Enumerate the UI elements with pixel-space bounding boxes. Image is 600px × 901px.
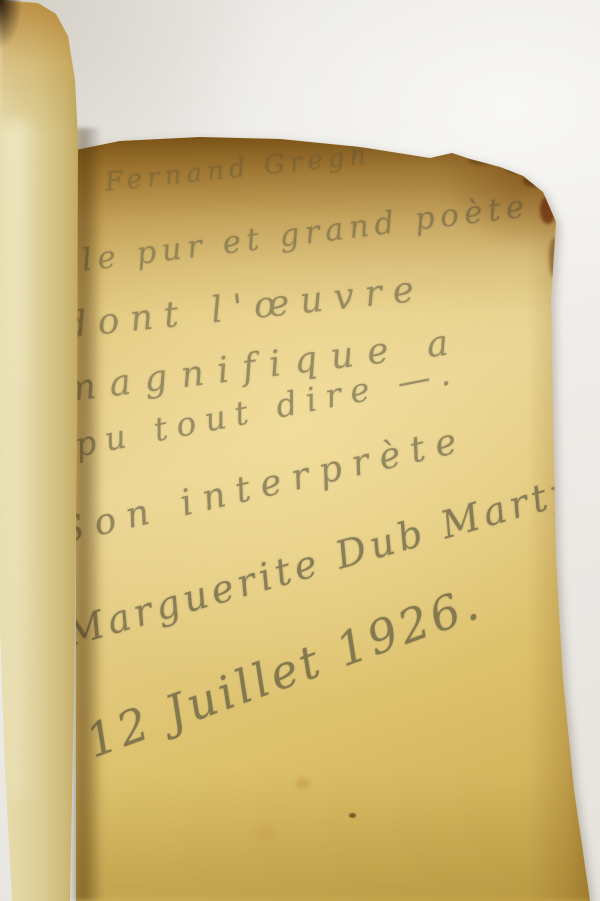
burn-spot: [540, 196, 556, 224]
book-photo: Fernand Gregh le pur et grand poète dont…: [0, 0, 600, 901]
curled-page: [0, 0, 82, 901]
inscription-line-dedicatee: Fernand Gregh: [103, 140, 373, 198]
burn-spot: [549, 238, 559, 278]
page-speck: [349, 813, 356, 818]
inscription-line-2: le pur et grand poète: [80, 188, 532, 279]
burn-spot: [523, 174, 545, 187]
burn-spot: [505, 161, 535, 173]
photo-corner-shadow: [0, 0, 22, 48]
curl-highlight: [4, 120, 30, 800]
burn-spot: [468, 155, 494, 165]
page-stain: [256, 826, 274, 839]
page-stain: [296, 778, 310, 789]
